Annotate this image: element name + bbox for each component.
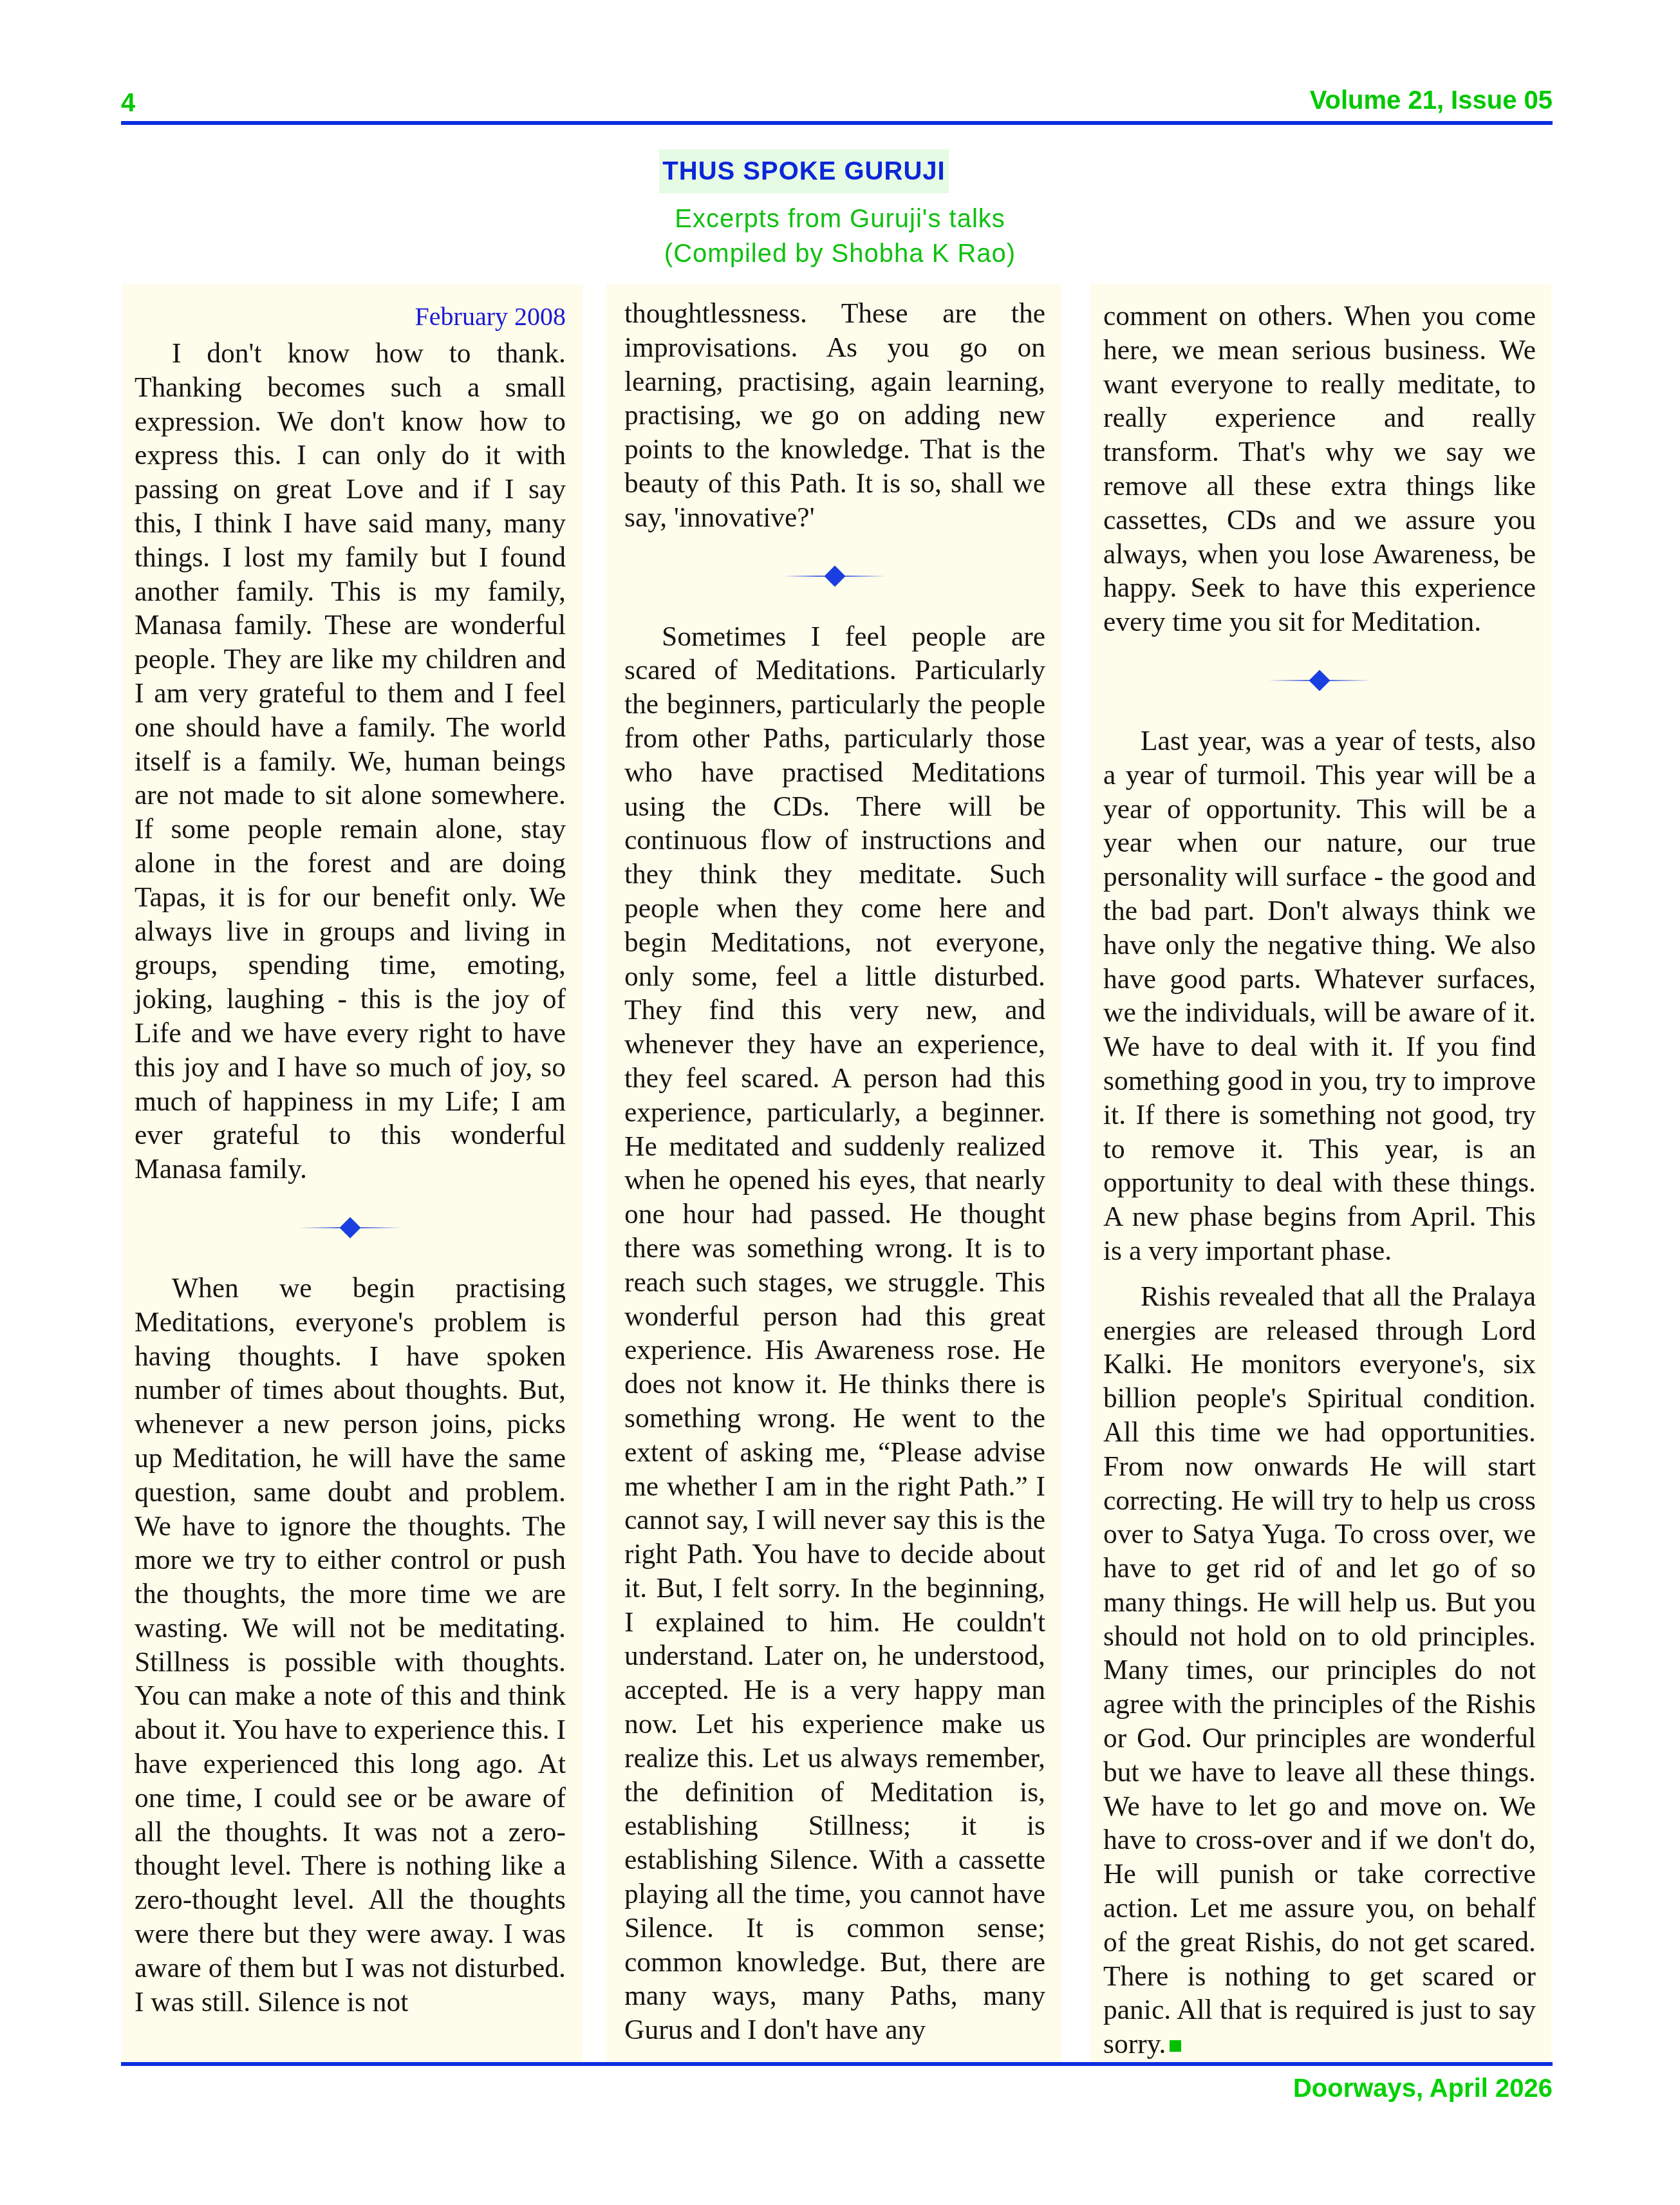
footer-publication: Doorways, April 2026 xyxy=(1293,2074,1553,2103)
volume-issue: Volume 21, Issue 05 xyxy=(1310,86,1553,115)
article-title-box: THUS SPOKE GURUJI xyxy=(659,149,949,193)
talk-date: February 2008 xyxy=(135,301,566,333)
paragraph: I don't know how to thank. Thanking beco… xyxy=(135,337,566,1187)
article-compiler-credit: (Compiled by Shobha K Rao) xyxy=(0,239,1680,268)
paragraph: Last year, was a year of tests, also a y… xyxy=(1103,724,1536,1268)
text-column-2: thoughtlessness. These are the improvisa… xyxy=(606,284,1061,2062)
paragraph: comment on others. When you come here, w… xyxy=(1103,299,1536,639)
paragraph: Sometimes I feel people are scared of Me… xyxy=(624,620,1045,2047)
text-column-3: comment on others. When you come here, w… xyxy=(1090,284,1551,2062)
footer-rule xyxy=(121,2062,1553,2066)
article-subtitle: Excerpts from Guruji's talks xyxy=(0,205,1680,234)
paragraph: When we begin practising Meditations, ev… xyxy=(135,1271,566,2020)
page-number: 4 xyxy=(121,89,135,118)
paragraph-final: Rishis revealed that all the Pralaya ene… xyxy=(1103,1280,1536,2061)
paragraph-text: Rishis revealed that all the Pralaya ene… xyxy=(1103,1281,1536,2060)
diamond-ornament-icon xyxy=(135,1214,566,1242)
header-rule xyxy=(121,121,1553,125)
article-title: THUS SPOKE GURUJI xyxy=(662,157,945,186)
paragraph: thoughtlessness. These are the improvisa… xyxy=(624,297,1045,535)
text-column-1: February 2008 I don't know how to thank.… xyxy=(122,284,583,2062)
diamond-ornament-icon xyxy=(624,562,1045,590)
diamond-ornament-icon xyxy=(1103,666,1536,695)
end-mark-square-icon xyxy=(1170,2040,1181,2052)
